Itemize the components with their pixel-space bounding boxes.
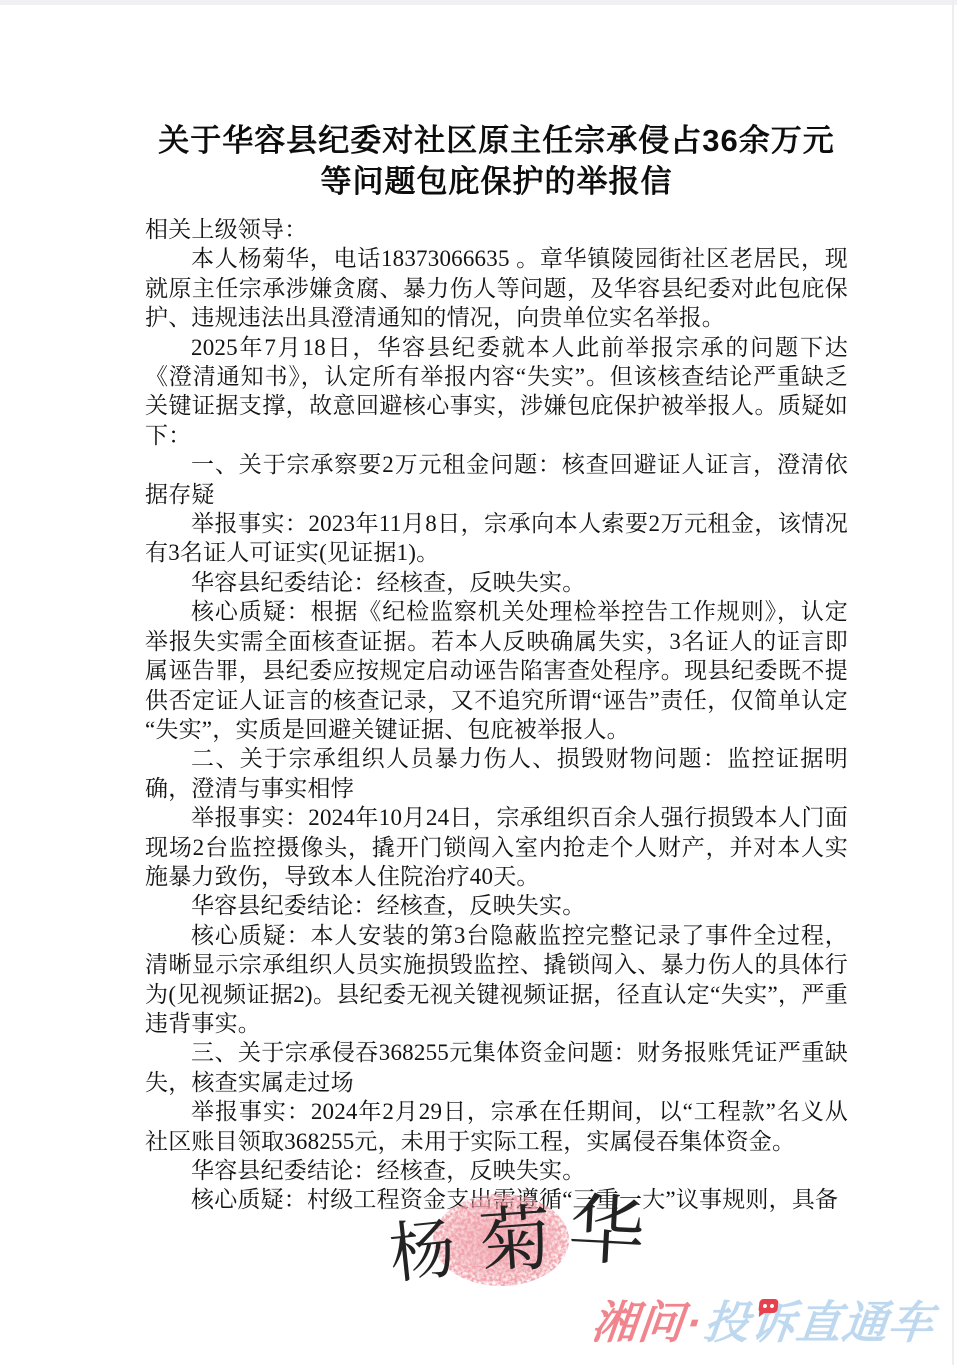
report-title: 关于华容县纪委对社区原主任宗承侵占36余万元 等问题包庇保护的举报信 bbox=[145, 120, 848, 202]
paragraph: 举报事实：2024年10月24日，宗承组织百余人强行损毁本人门面现场2台监控摄像… bbox=[145, 803, 848, 891]
paragraph: 本人杨菊华，电话18373066635 。章华镇陵园街社区老居民，现就原主任宗承… bbox=[145, 244, 848, 332]
paragraph: 华容县纪委结论：经核查，反映失实。 bbox=[145, 568, 848, 597]
report-letter: 关于华容县纪委对社区原主任宗承侵占36余万元 等问题包庇保护的举报信 相关上级领… bbox=[145, 120, 848, 1215]
signature-char: 杨 bbox=[384, 1195, 460, 1296]
paragraph: 举报事实：2024年2月29日，宗承在任期间，以“工程款”名义从社区账目领取36… bbox=[145, 1097, 848, 1156]
paragraph: 核心质疑：本人安装的第3台隐蔽监控完整记录了事件全过程，清晰显示宗承组织人员实施… bbox=[145, 921, 848, 1039]
paragraph: 一、关于宗承察要2万元租金问题：核查回避证人证言，澄清依据存疑 bbox=[145, 450, 848, 509]
platform-watermark: 湘问·投诉直通车 bbox=[589, 1295, 957, 1355]
speech-bubble-icon bbox=[758, 1299, 778, 1313]
report-title-line-1: 关于华容县纪委对社区原主任宗承侵占36余万元 bbox=[145, 120, 848, 161]
paragraph: 核心质疑：根据《纪检监察机关处理检举控告工作规则》，认定举报失实需全面核查证据。… bbox=[145, 597, 848, 744]
paragraph: 相关上级领导： bbox=[145, 215, 848, 244]
paragraph: 华容县纪委结论：经核查，反映失实。 bbox=[145, 891, 848, 920]
top-edge-bar bbox=[0, 0, 957, 5]
paragraph: 2025年7月18日，华容县纪委就本人此前举报宗承的问题下达《澄清通知书》，认定… bbox=[145, 333, 848, 451]
document-page: { "page": { "top_bar_color": "#f1f1f4", … bbox=[0, 0, 957, 1365]
watermark-service-text: 投诉直通车 bbox=[702, 1297, 937, 1348]
signature-char: 菊 bbox=[475, 1180, 554, 1289]
document-body: 相关上级领导：本人杨菊华，电话18373066635 。章华镇陵园街社区老居民，… bbox=[145, 215, 848, 1215]
watermark-brand-text: 湘问 bbox=[590, 1297, 687, 1348]
page-edge-line bbox=[952, 0, 954, 1365]
paragraph: 二、关于宗承组织人员暴力伤人、损毁财物问题：监控证据明确，澄清与事实相悖 bbox=[145, 744, 848, 803]
paragraph: 三、关于宗承侵吞368255元集体资金问题：财务报账凭证严重缺失，核查实属走过场 bbox=[145, 1038, 848, 1097]
report-title-line-2: 等问题包庇保护的举报信 bbox=[145, 161, 848, 202]
signature-char: 华 bbox=[566, 1168, 648, 1281]
paragraph: 举报事实：2023年11月8日，宗承向本人索要2万元租金，该情况有3名证人可证实… bbox=[145, 509, 848, 568]
signature-block: 杨 菊 华 bbox=[383, 1176, 653, 1291]
